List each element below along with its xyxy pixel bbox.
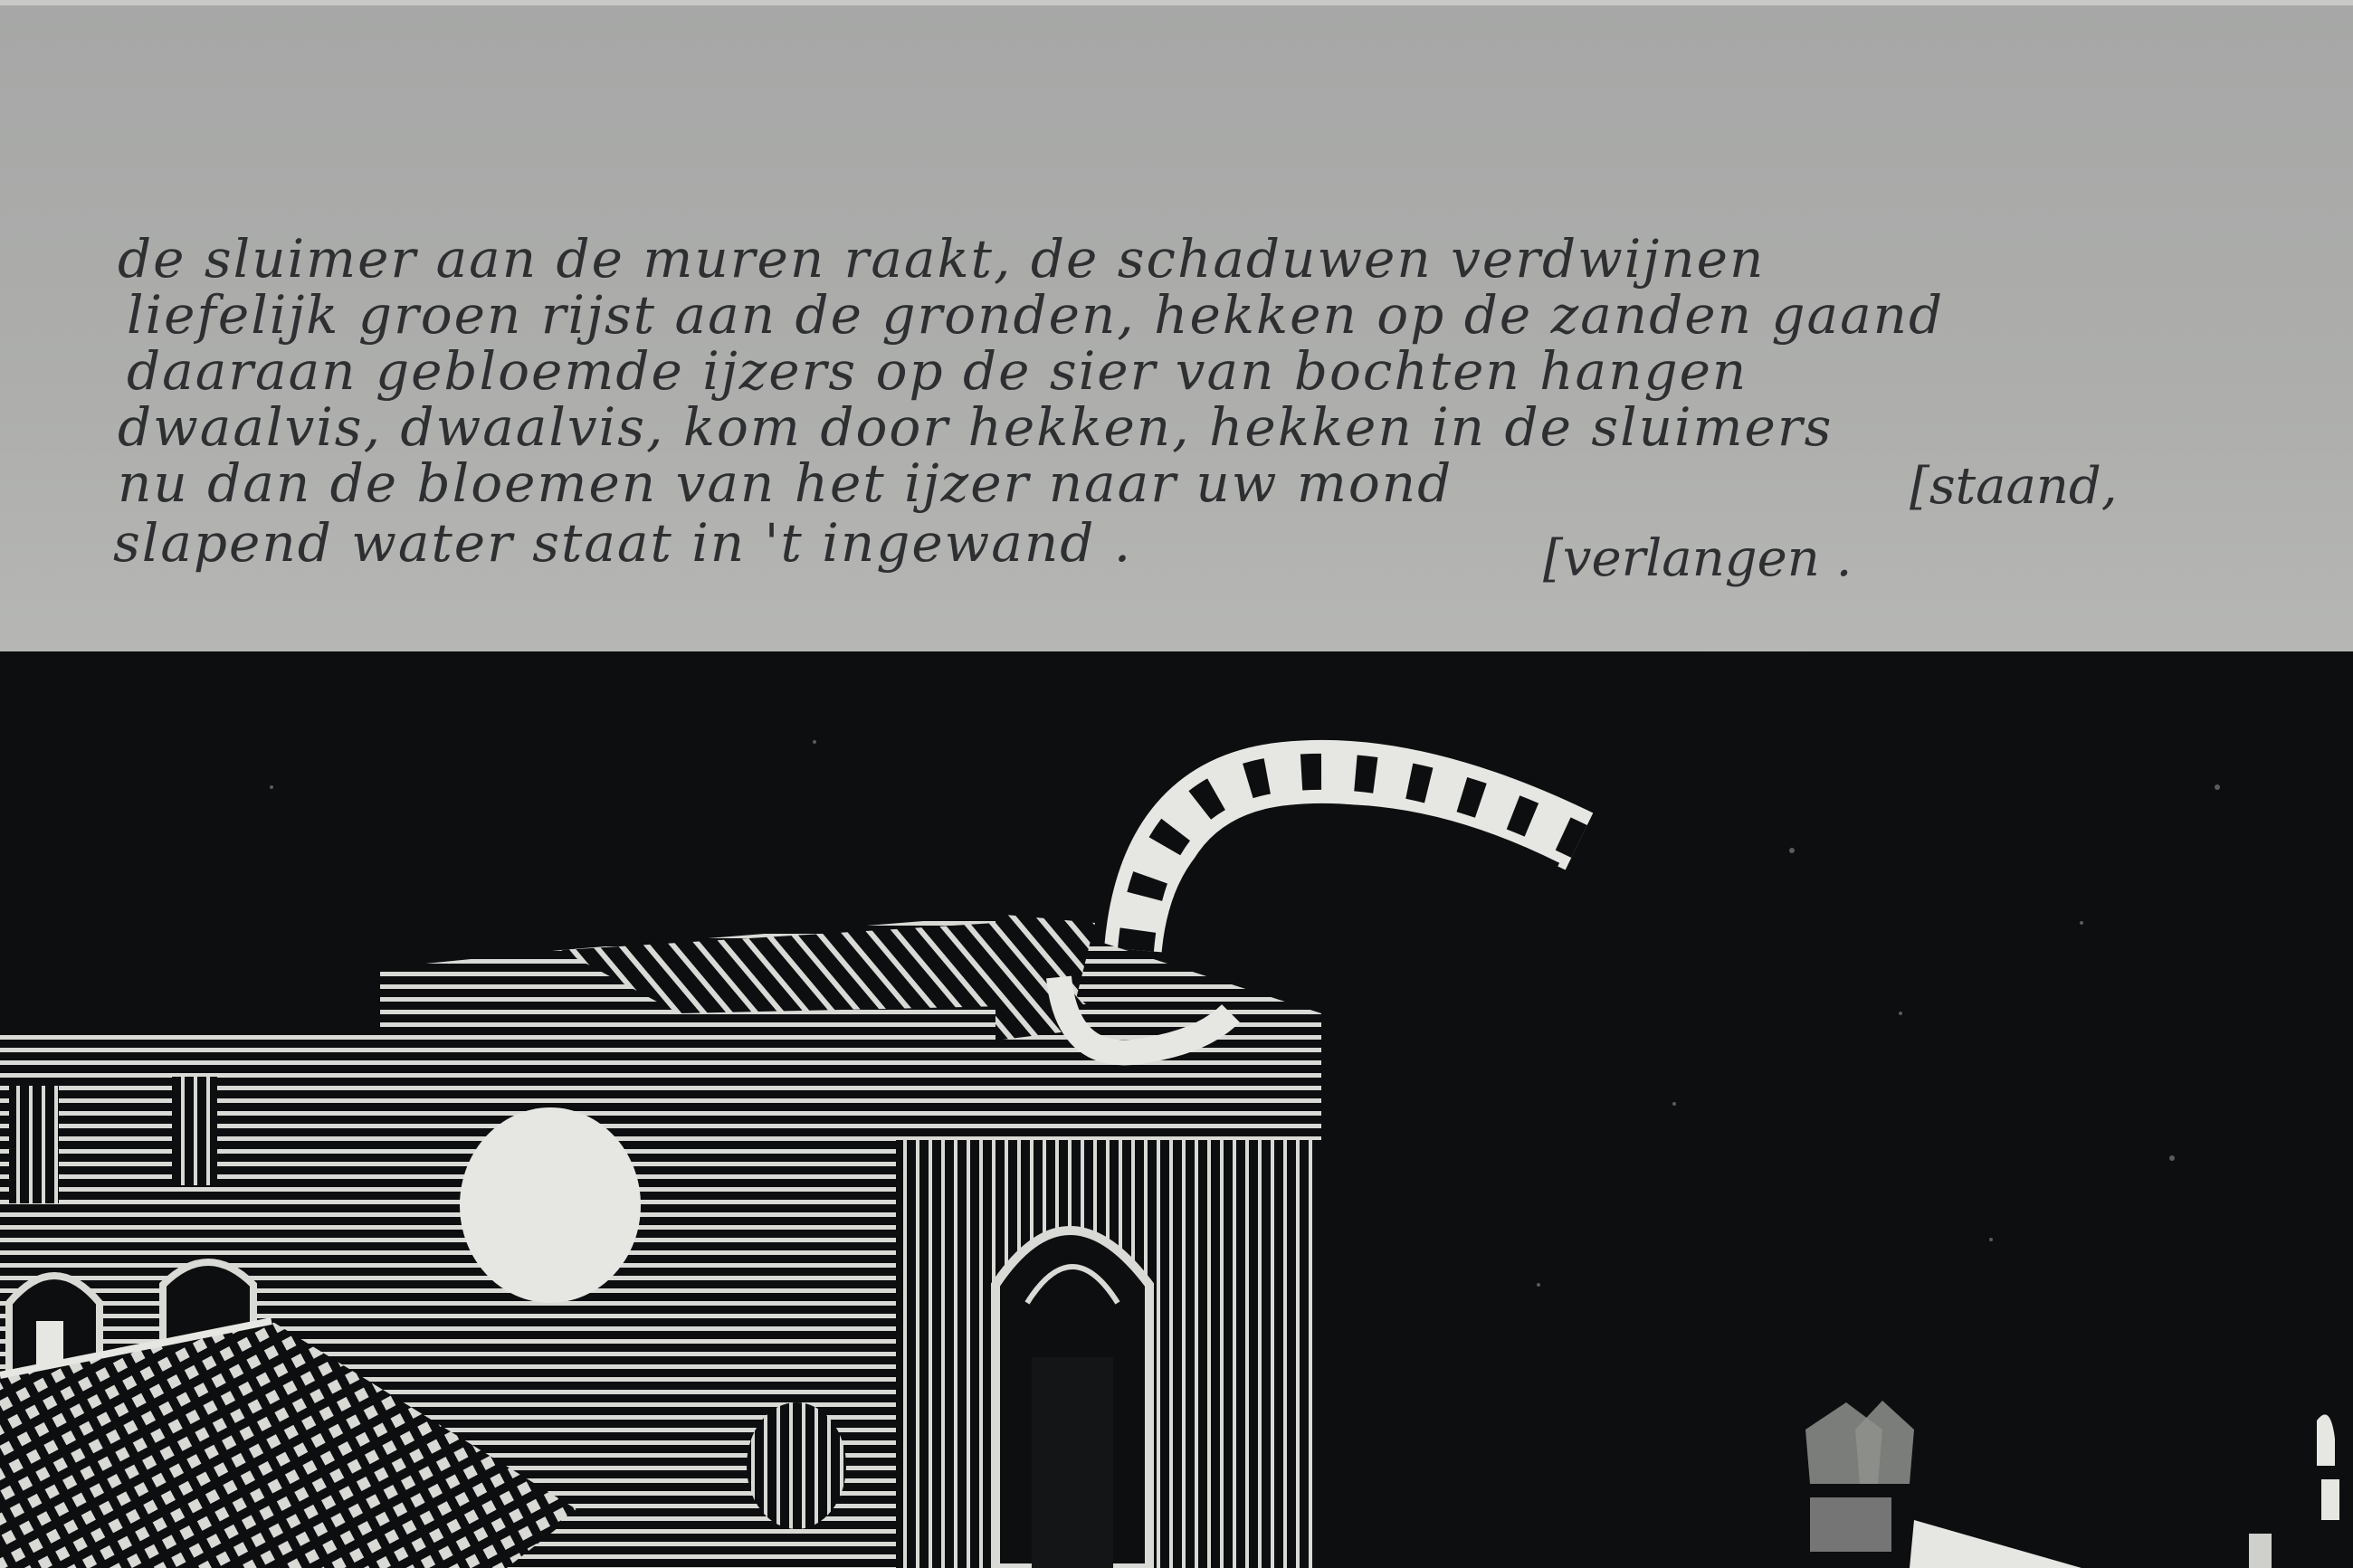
distant-houses xyxy=(1805,1401,2339,1568)
curved-ladder xyxy=(1136,772,1579,959)
poem-line-2: liefelijk groen rijst aan de gronden, he… xyxy=(127,287,2262,343)
bracket-note-staand: [staand, xyxy=(1910,457,2118,516)
paper-sheet: de sluimer aan de muren raakt, de schadu… xyxy=(0,0,2353,688)
bracket-note-verlangen: [verlangen . xyxy=(1543,529,1852,588)
woodcut-print xyxy=(0,651,2353,1568)
poem-line-1: de sluimer aan de muren raakt, de schadu… xyxy=(118,231,2262,287)
poem-line-6: slapend water staat in 't ingewand . xyxy=(113,515,2262,571)
handwritten-poem: de sluimer aan de muren raakt, de schadu… xyxy=(109,231,2262,571)
ink-edge xyxy=(0,651,2353,688)
moon xyxy=(460,1107,641,1303)
poem-line-4: dwaalvis, dwaalvis, kom door hekken, hek… xyxy=(118,399,2262,455)
poem-line-3: daaraan gebloemde ijzers op de sier van … xyxy=(127,343,2262,399)
woodcut-illustration xyxy=(0,651,2353,1568)
round-window xyxy=(747,1402,846,1529)
